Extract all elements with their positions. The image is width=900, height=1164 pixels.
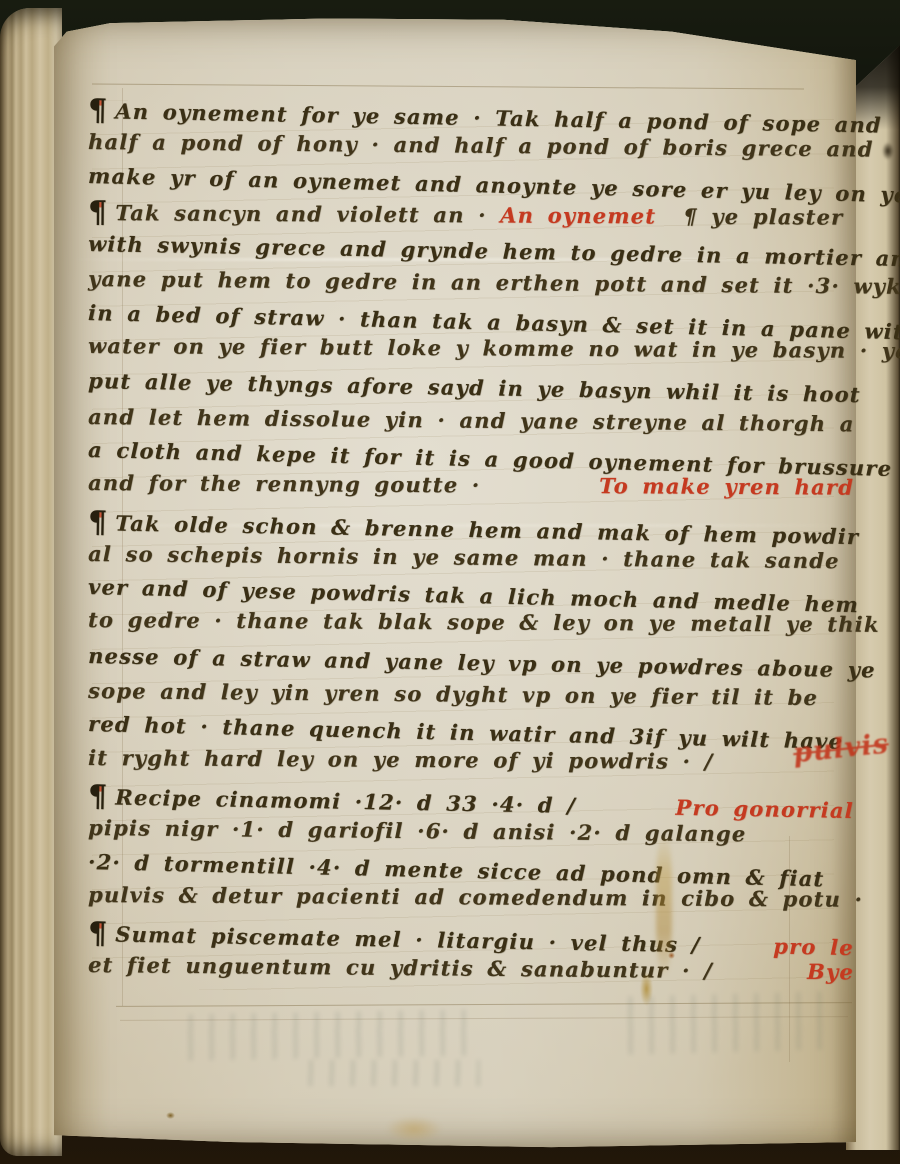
rubric-text: An oynemet: [500, 202, 656, 228]
ink-text: to gedre · thane tak blak sope & ley on …: [88, 607, 880, 637]
book-gutter-page-edges: [0, 8, 62, 1156]
ink-text: Tak sancyn and violett an ·: [115, 200, 500, 227]
manuscript-line-22: pipis nigr ·1· d gariofil ·6· d anisi ·2…: [88, 815, 854, 857]
ink-text: it ryght hard ley on ye more of yi powdr…: [88, 745, 714, 774]
rubric-text: Pro gonorrial: [675, 795, 854, 823]
pilcrow-mark: ¶: [88, 919, 109, 949]
line-spacer: [700, 952, 773, 953]
manuscript-line-2: half a pond of hony · and half a pond of…: [88, 129, 854, 171]
ink-text: nesse of a straw and yane ley vp on ye p…: [88, 643, 876, 682]
ink-text: water on ye fier butt loke y komme no wa…: [88, 333, 900, 363]
rubric-text: Bye: [807, 959, 854, 984]
manuscript-line-4: ¶Tak sancyn and violett an · An oynemet …: [88, 196, 854, 235]
ink-text: Recipe cinamomi ·12· d 33 ·4· d /: [115, 784, 576, 817]
ink-text: and for the rennyng goutte ·: [88, 470, 480, 497]
ink-text: pipis nigr ·1· d gariofil ·6· d anisi ·2…: [88, 815, 747, 846]
manuscript-line-16: to gedre · thane tak blak sope & ley on …: [88, 607, 854, 646]
manuscript-line-24: pulvis & detur pacienti ad comedendum in…: [88, 882, 854, 921]
fore-edge-ink-mark: [882, 142, 894, 160]
pilcrow-mark: ¶: [88, 508, 109, 538]
pilcrow-mark: ¶: [88, 782, 109, 812]
pilcrow-mark: ¶: [88, 198, 108, 228]
rubric-text: To make yren hard: [599, 473, 854, 500]
ink-text: et fiet unguentum cu ydritis & sanabuntu…: [88, 952, 713, 983]
manuscript-line-12: and for the rennyng goutte ·To make yren…: [88, 470, 854, 509]
ink-text: Sumat piscemate mel · litargiu · vel thu…: [115, 922, 701, 958]
line-spacer: [576, 813, 675, 815]
rubric-text: pro le: [773, 934, 854, 960]
ink-text: with swynis grece and grynde hem to gedr…: [88, 231, 900, 271]
manuscript-line-20: it ryght hard ley on ye more of yi powdr…: [88, 745, 854, 784]
text-block: ¶An oynement for ye same · Tak half a po…: [88, 94, 854, 986]
line-spacer: [480, 493, 599, 494]
ink-text: put alle ye thyngs afore sayd in ye basy…: [88, 368, 861, 407]
pilcrow-mark: ¶: [88, 96, 109, 126]
manuscript-line-8: water on ye fier butt loke y komme no wa…: [88, 333, 854, 372]
ink-text: ¶ ye plaster: [656, 203, 843, 229]
ink-text: pulvis & detur pacienti ad comedendum in…: [88, 882, 863, 912]
line-spacer: [713, 978, 807, 979]
